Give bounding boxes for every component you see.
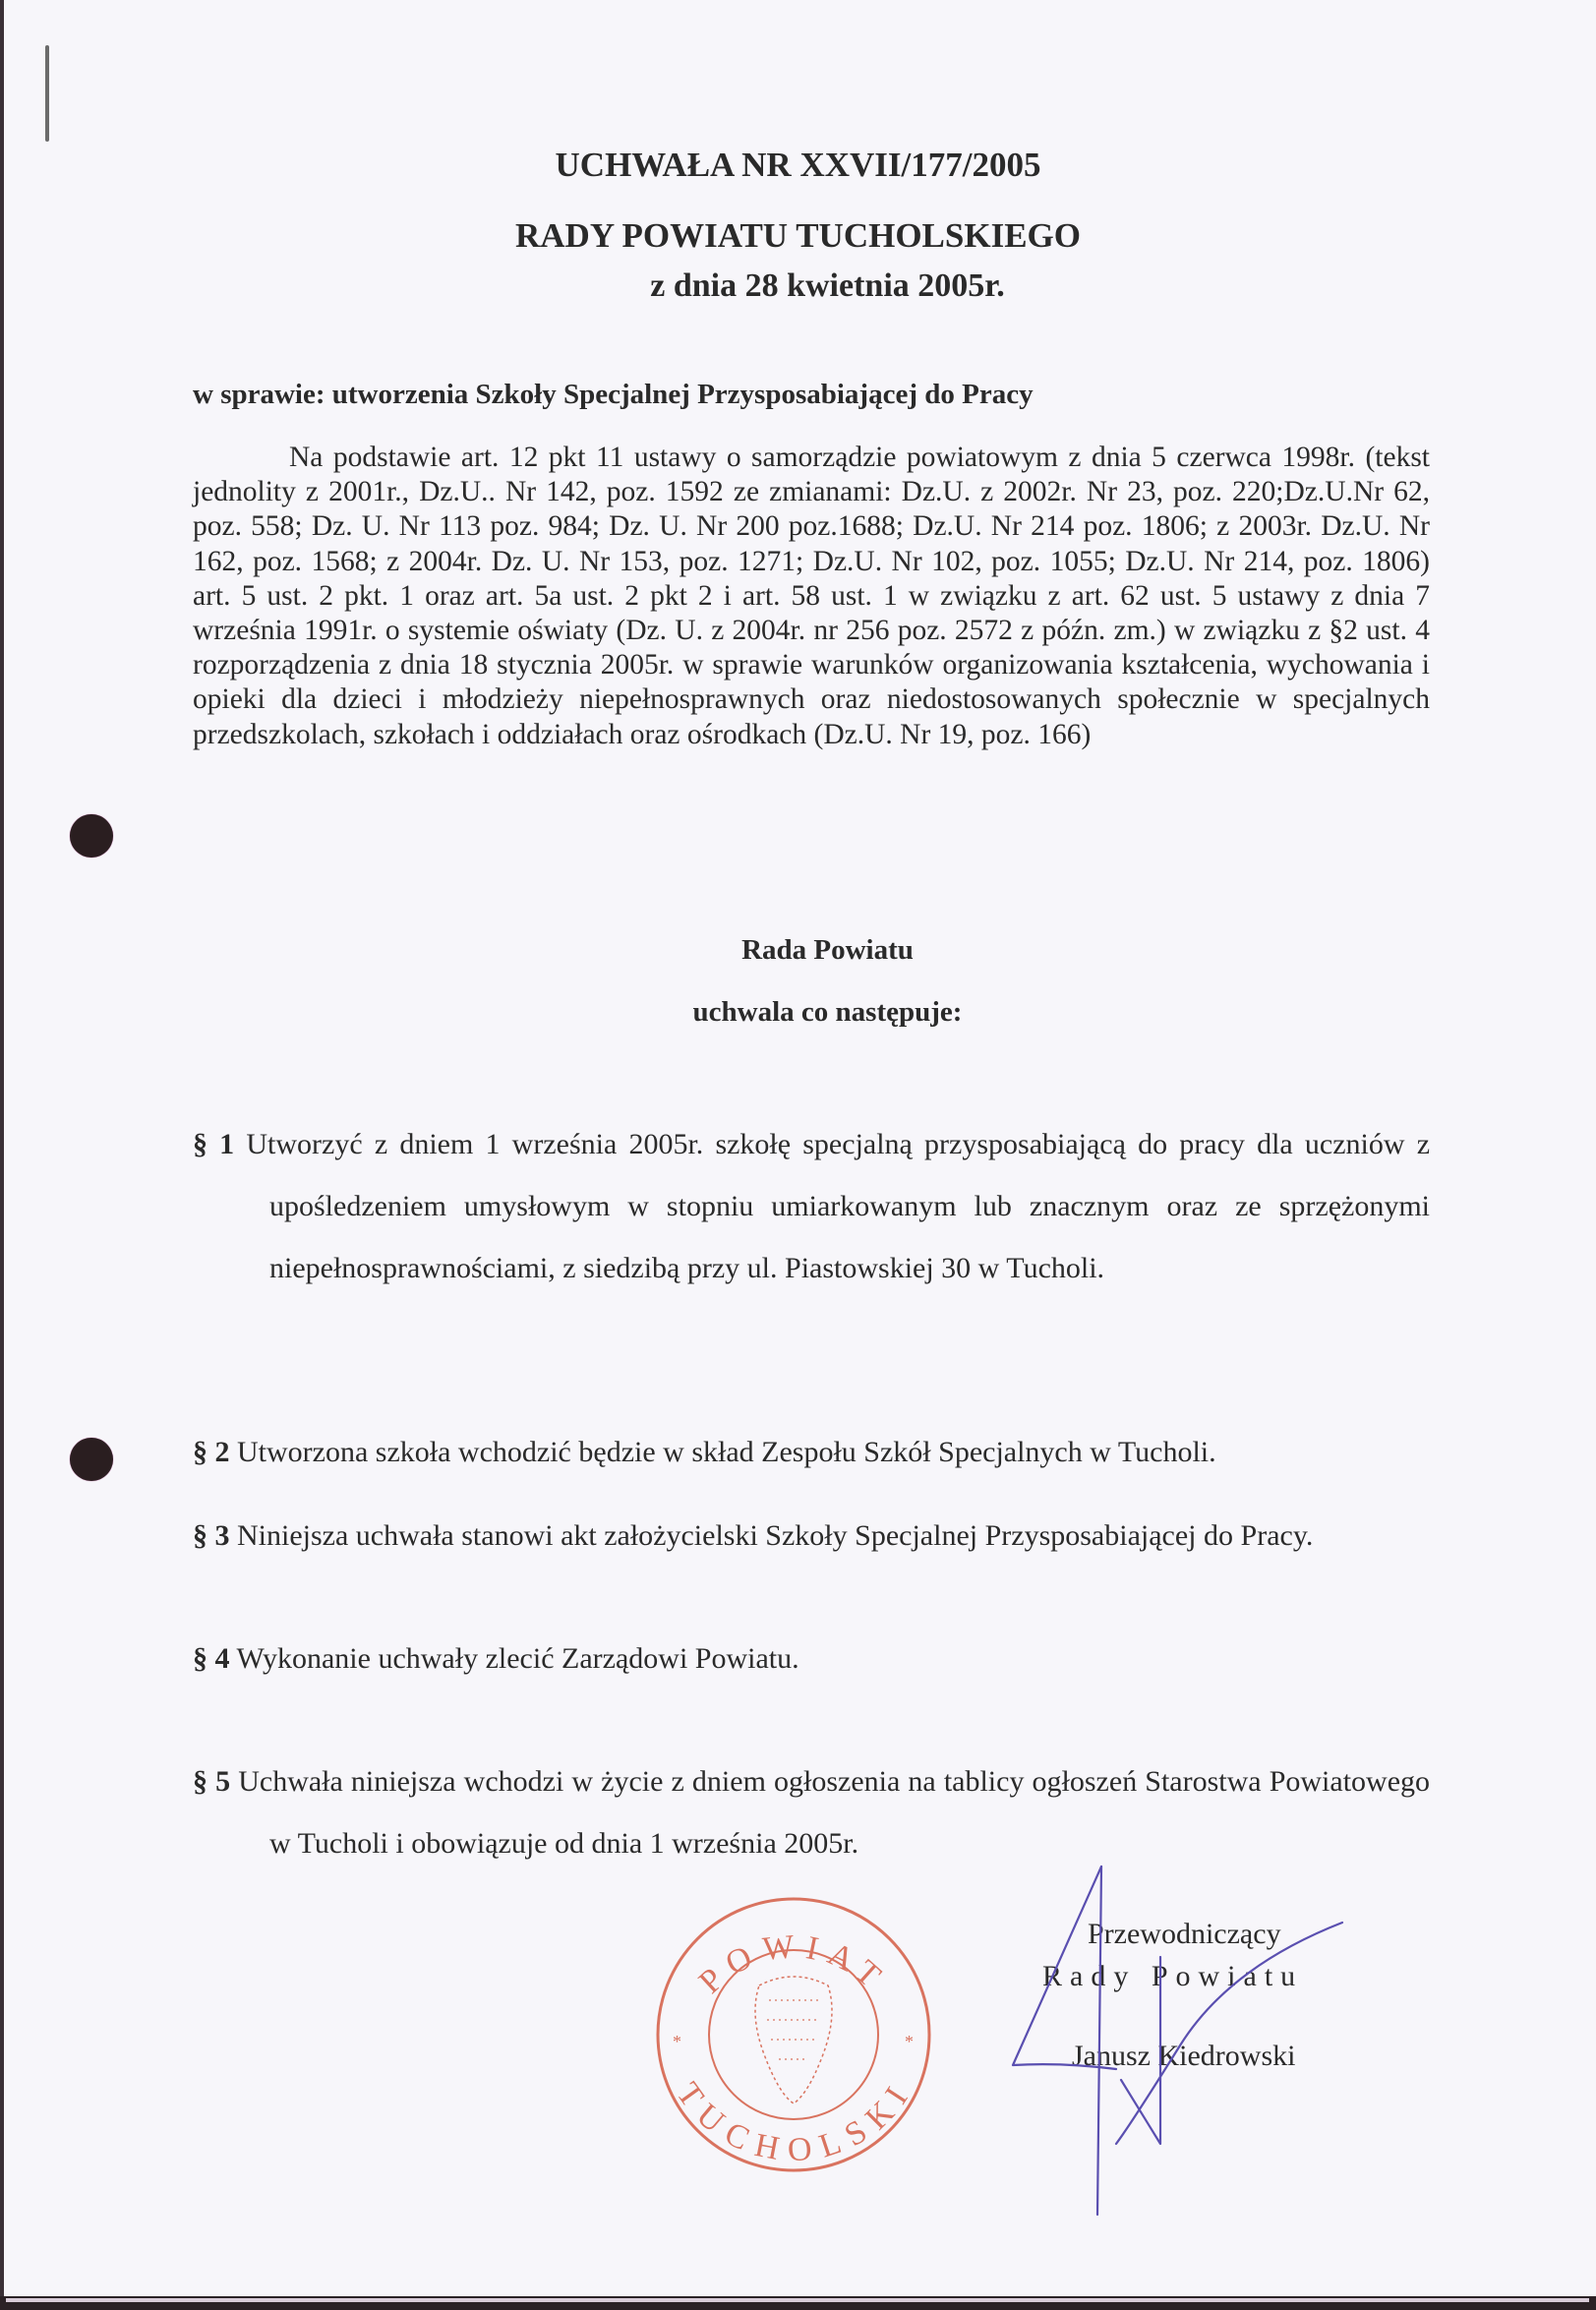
paragraph-number: § 2 bbox=[193, 1436, 230, 1468]
document-subject: w sprawie: utworzenia Szkoły Specjalnej … bbox=[193, 379, 1034, 411]
paragraph-text: Niniejsza uchwała stanowi akt założyciel… bbox=[237, 1519, 1313, 1552]
svg-text:POWIAT: POWIAT bbox=[692, 1927, 895, 2000]
paragraph-number: § 4 bbox=[193, 1642, 230, 1675]
svg-text:TUCHOLSKI: TUCHOLSKI bbox=[669, 2076, 917, 2168]
scanned-page: UCHWAŁA NR XXVII/177/2005 RADY POWIATU T… bbox=[0, 0, 1596, 2310]
paragraph-5: § 5 Uchwała niniejsza wchodzi w życie z … bbox=[193, 1750, 1430, 1874]
stamp-top-text: POWIAT bbox=[692, 1927, 895, 2000]
paragraph-text: Utworzyć z dniem 1 września 2005r. szkoł… bbox=[246, 1128, 1430, 1284]
document-date: z dnia 28 kwietnia 2005r. bbox=[30, 267, 1596, 305]
official-stamp-icon: POWIAT TUCHOLSKI * * bbox=[651, 1892, 936, 2177]
legal-basis: Na podstawie art. 12 pkt 11 ustawy o sam… bbox=[193, 441, 1430, 752]
margin-mark bbox=[45, 45, 49, 142]
scan-edge-left bbox=[0, 0, 4, 2310]
paragraph-4: § 4 Wykonanie uchwały zlecić Zarządowi P… bbox=[193, 1628, 1430, 1689]
paragraph-3: § 3 Niniejsza uchwała stanowi akt założy… bbox=[193, 1505, 1430, 1567]
svg-text:*: * bbox=[673, 2032, 681, 2051]
enacting-phrase: uchwala co następuje: bbox=[30, 996, 1596, 1029]
punch-hole-icon bbox=[70, 814, 113, 858]
paragraph-text: Uchwała niniejsza wchodzi w życie z dnie… bbox=[238, 1765, 1430, 1860]
stamp-bottom-text: TUCHOLSKI bbox=[669, 2076, 917, 2168]
punch-hole-icon bbox=[70, 1438, 113, 1481]
paragraph-text: Wykonanie uchwały zlecić Zarządowi Powia… bbox=[236, 1642, 798, 1675]
paragraph-2: § 2 Utworzona szkoła wchodzić będzie w s… bbox=[193, 1421, 1430, 1483]
handwritten-signature-icon bbox=[1003, 1859, 1357, 2222]
enacting-body: Rada Powiatu bbox=[30, 934, 1596, 967]
document-title: UCHWAŁA NR XXVII/177/2005 bbox=[0, 146, 1596, 185]
paragraph-text: Utworzona szkoła wchodzić będzie w skład… bbox=[237, 1436, 1216, 1468]
paragraph-number: § 1 bbox=[193, 1128, 234, 1160]
scan-edge-highlight bbox=[6, 2298, 1589, 2302]
svg-text:*: * bbox=[905, 2032, 914, 2051]
paragraph-number: § 5 bbox=[193, 1765, 230, 1798]
paragraph-number: § 3 bbox=[193, 1519, 230, 1552]
document-issuer: RADY POWIATU TUCHOLSKIEGO bbox=[0, 216, 1596, 256]
paragraph-1: § 1 Utworzyć z dniem 1 września 2005r. s… bbox=[193, 1113, 1430, 1299]
